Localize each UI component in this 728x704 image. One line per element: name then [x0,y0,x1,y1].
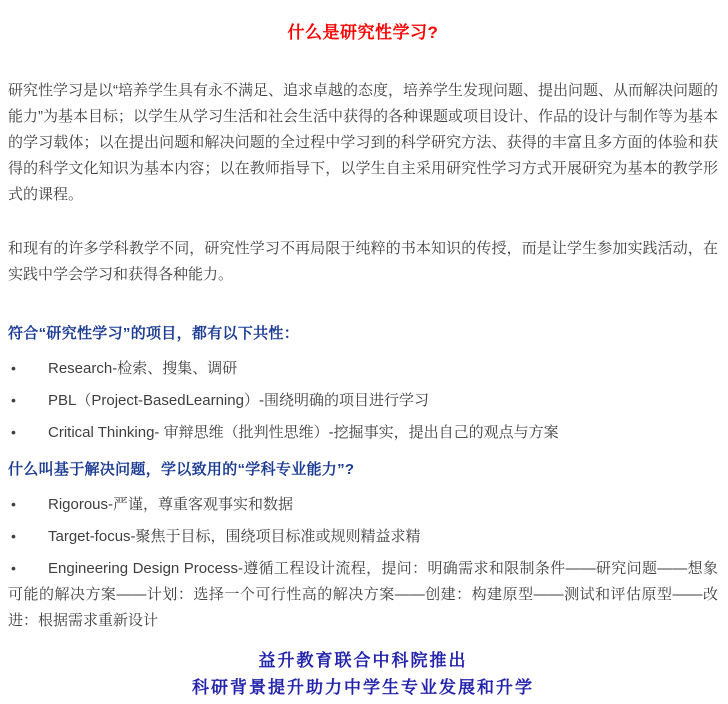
bullet-icon: • [8,419,48,445]
list-item-target-focus: •Target-focus-聚焦于目标，围绕项目标准或规则精益求精 [8,523,718,550]
bullet-icon: • [8,387,48,413]
list-item-text: Engineering Design Process-遵循工程设计流程，提问：明… [8,560,718,629]
bullet-icon: • [8,555,48,581]
section-heading-commonalities: 符合“研究性学习”的项目，都有以下共性： [8,322,718,346]
page-title: 什么是研究性学习? [8,20,718,46]
list-item-critical-thinking: •Critical Thinking- 审辩思维（批判性思维）-挖掘事实，提出自… [8,419,718,446]
list-item-rigorous: •Rigorous-严谨，尊重客观事实和数据 [8,491,718,518]
list-item-text: Rigorous-严谨，尊重客观事实和数据 [48,496,293,513]
intro-paragraph: 研究性学习是以“培养学生具有永不满足、追求卓越的态度，培养学生发现问题、提出问题… [8,78,718,208]
list-item-engineering-design: •Engineering Design Process-遵循工程设计流程，提问：… [8,555,718,634]
section-heading-professional-ability: 什么叫基于解决问题，学以致用的“学科专业能力”? [8,458,718,482]
promo-footer: 益升教育联合中科院推出 科研背景提升助力中学生专业发展和升学 [8,648,718,702]
list-item-pbl: •PBL（Project-BasedLearning）-围绕明确的项目进行学习 [8,387,718,414]
list-item-text: Target-focus-聚焦于目标，围绕项目标准或规则精益求精 [48,528,421,545]
comparison-paragraph: 和现有的许多学科教学不同，研究性学习不再局限于纯粹的书本知识的传授，而是让学生参… [8,236,718,288]
list-item-text: Critical Thinking- 审辩思维（批判性思维）-挖掘事实，提出自己… [48,424,559,441]
footer-line-2: 科研背景提升助力中学生专业发展和升学 [8,675,718,702]
list-item-text: PBL（Project-BasedLearning）-围绕明确的项目进行学习 [48,392,429,409]
article-document: 什么是研究性学习? 研究性学习是以“培养学生具有永不满足、追求卓越的态度，培养学… [0,0,728,704]
list-item-research: •Research-检索、搜集、调研 [8,355,718,382]
footer-line-1: 益升教育联合中科院推出 [8,648,718,675]
bullet-icon: • [8,491,48,517]
list-item-text: Research-检索、搜集、调研 [48,360,237,377]
bullet-icon: • [8,523,48,549]
bullet-icon: • [8,355,48,381]
